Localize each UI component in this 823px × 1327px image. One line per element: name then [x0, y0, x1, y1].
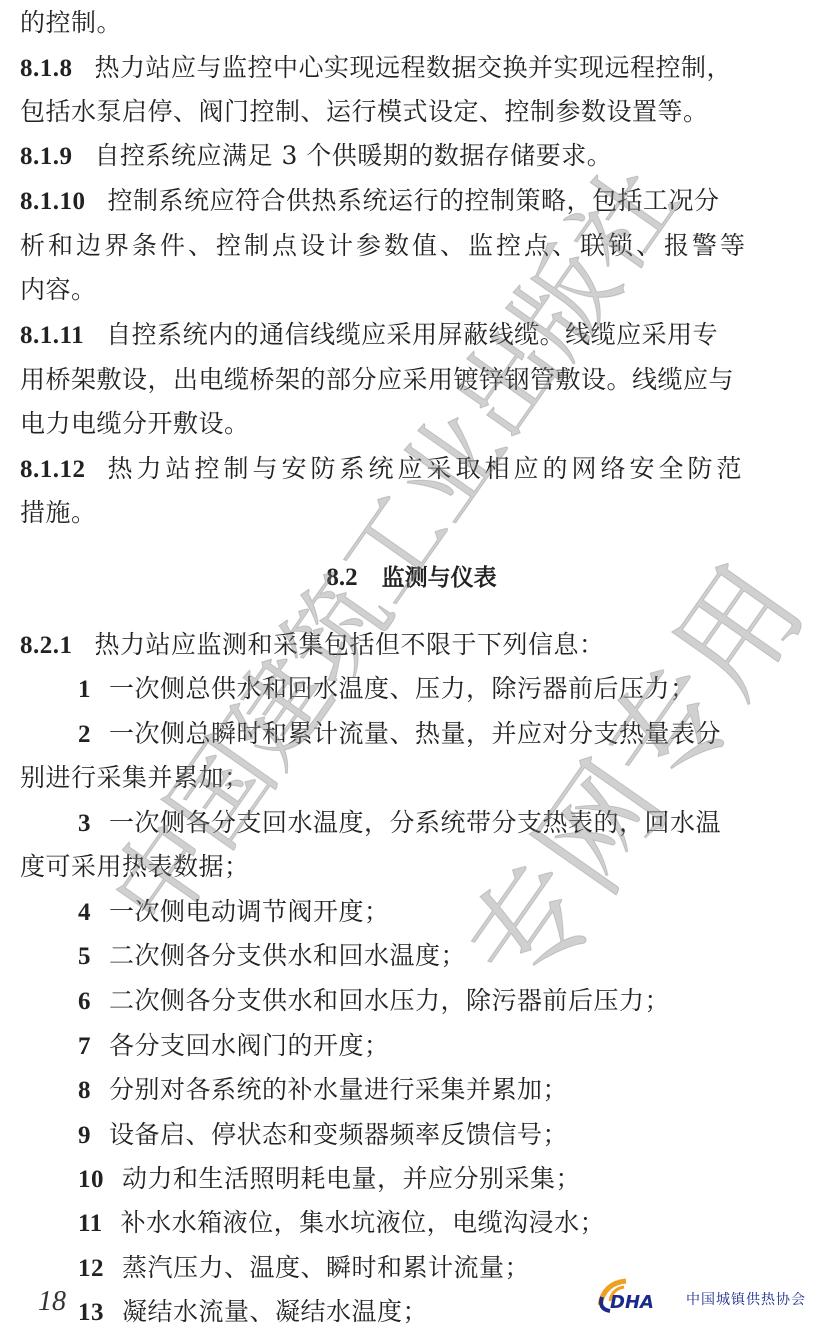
item-number: 1 [78, 675, 91, 705]
item-text-line: 度可采用热表数据； [20, 852, 810, 882]
item-text: 各分支回水阀门的开度； [109, 1031, 390, 1060]
list-item-3: 3一次侧各分支回水温度，分系统带分支热表的，回水温 [78, 808, 823, 839]
clause-8-1-11: 8.1.11自控系统内的通信线缆应采用屏蔽线缆。线缆应采用专 [20, 320, 810, 351]
item-text: 分别对各系统的补水量进行采集并累加； [109, 1075, 568, 1104]
clause-text: 自控系统内的通信线缆应采用屏蔽线缆。线缆应采用专 [106, 320, 718, 349]
item-text: 一次侧电动调节阀开度； [109, 897, 390, 926]
clause-text-line: 用桥架敷设，出电缆桥架的部分应采用镀锌钢管敷设。线缆应与 [20, 365, 810, 395]
section-heading: 8.2监测与仪表 [0, 562, 823, 593]
page-number: 18 [38, 1286, 66, 1318]
clause-text: 控制系统应符合供热系统运行的控制策略，包括工况分 [108, 186, 720, 215]
item-number: 9 [78, 1121, 91, 1151]
list-item-4: 4一次侧电动调节阀开度； [78, 897, 823, 928]
clause-text: 热力站应与监控中心实现远程数据交换并实现远程控制， [95, 53, 733, 82]
section-title: 监测与仪表 [382, 565, 497, 591]
clause-text: 热力站应监测和采集包括但不限于下列信息： [95, 630, 605, 659]
clause-number: 8.1.11 [20, 321, 84, 351]
list-item-2: 2一次侧总瞬时和累计流量、热量，并应对分支热量表分 [78, 719, 823, 750]
clause-8-1-8: 8.1.8热力站应与监控中心实现远程数据交换并实现远程控制， [20, 53, 810, 84]
item-text: 二次侧各分支供水和回水压力，除污器前后压力； [109, 986, 670, 1015]
list-item-11: 11补水水箱液位，集水坑液位，电缆沟浸水； [78, 1208, 823, 1239]
item-number: 10 [78, 1165, 104, 1195]
list-item-10: 10动力和生活照明耗电量，并应分别采集； [78, 1164, 823, 1195]
item-number: 8 [78, 1076, 91, 1106]
clause-8-2-1: 8.2.1热力站应监测和采集包括但不限于下列信息： [20, 630, 810, 661]
clause-8-1-10: 8.1.10控制系统应符合供热系统运行的控制策略，包括工况分 [20, 186, 810, 217]
clause-number: 8.1.8 [20, 54, 73, 84]
item-text: 补水水箱液位，集水坑液位，电缆沟浸水； [121, 1208, 606, 1237]
item-text: 凝结水流量、凝结水温度； [122, 1297, 428, 1326]
item-text: 一次侧总供水和回水温度、压力，除污器前后压力； [109, 674, 696, 703]
dha-logo-icon: DHA [596, 1275, 686, 1315]
item-number: 3 [78, 809, 91, 839]
list-item-5: 5二次侧各分支供水和回水温度； [78, 941, 823, 972]
clause-text-line: 包括水泵启停、阀门控制、运行模式设定、控制参数设置等。 [20, 97, 810, 127]
item-number: 4 [78, 898, 91, 928]
clause-number: 8.1.10 [20, 187, 86, 217]
item-text-line: 别进行采集并累加； [20, 763, 810, 793]
list-item-9: 9设备启、停状态和变频器频率反馈信号； [78, 1120, 823, 1151]
clause-text: 热力站控制与安防系统应采取相应的网络安全防范 [108, 454, 746, 483]
clause-text: 自控系统应满足 3 个供暖期的数据存储要求。 [95, 141, 613, 170]
list-item-8: 8分别对各系统的补水量进行采集并累加； [78, 1075, 823, 1106]
document-page: 的控制。 8.1.8热力站应与监控中心实现远程数据交换并实现远程控制， 包括水泵… [0, 0, 823, 1327]
item-text: 二次侧各分支供水和回水温度； [109, 941, 466, 970]
clause-text-line: 内容。 [20, 275, 810, 305]
item-number: 5 [78, 942, 91, 972]
item-text: 一次侧总瞬时和累计流量、热量，并应对分支热量表分 [109, 719, 721, 748]
list-item-1: 1一次侧总供水和回水温度、压力，除污器前后压力； [78, 674, 823, 705]
item-number: 13 [78, 1298, 104, 1327]
section-number: 8.2 [326, 564, 357, 591]
clause-number: 8.2.1 [20, 631, 73, 661]
item-text: 动力和生活照明耗电量，并应分别采集； [122, 1164, 581, 1193]
item-number: 11 [78, 1209, 103, 1239]
item-number: 2 [78, 720, 91, 750]
clause-8-1-9: 8.1.9自控系统应满足 3 个供暖期的数据存储要求。 [20, 141, 810, 172]
item-number: 7 [78, 1032, 91, 1062]
list-item-7: 7各分支回水阀门的开度； [78, 1031, 823, 1062]
item-number: 12 [78, 1254, 104, 1284]
item-number: 6 [78, 987, 91, 1017]
item-text: 蒸汽压力、温度、瞬时和累计流量； [122, 1253, 530, 1282]
clause-text-line: 电力电缆分开敷设。 [20, 409, 810, 439]
logo-text: 中国城镇供热协会 [686, 1289, 806, 1309]
clause-text-line: 措施。 [20, 498, 810, 528]
item-text: 一次侧各分支回水温度，分系统带分支热表的，回水温 [109, 808, 721, 837]
dha-logo: DHA 中国城镇供热协会 [596, 1275, 811, 1315]
item-text: 设备启、停状态和变频器频率反馈信号； [109, 1120, 568, 1149]
paragraph-continuation: 的控制。 [20, 8, 810, 38]
svg-text:DHA: DHA [610, 1292, 654, 1313]
clause-8-1-12: 8.1.12热力站控制与安防系统应采取相应的网络安全防范 [20, 454, 810, 485]
list-item-6: 6二次侧各分支供水和回水压力，除污器前后压力； [78, 986, 823, 1017]
clause-number: 8.1.12 [20, 455, 86, 485]
clause-number: 8.1.9 [20, 142, 73, 172]
clause-text-line: 析和边界条件、控制点设计参数值、监控点、联锁、报警等 [20, 231, 810, 261]
